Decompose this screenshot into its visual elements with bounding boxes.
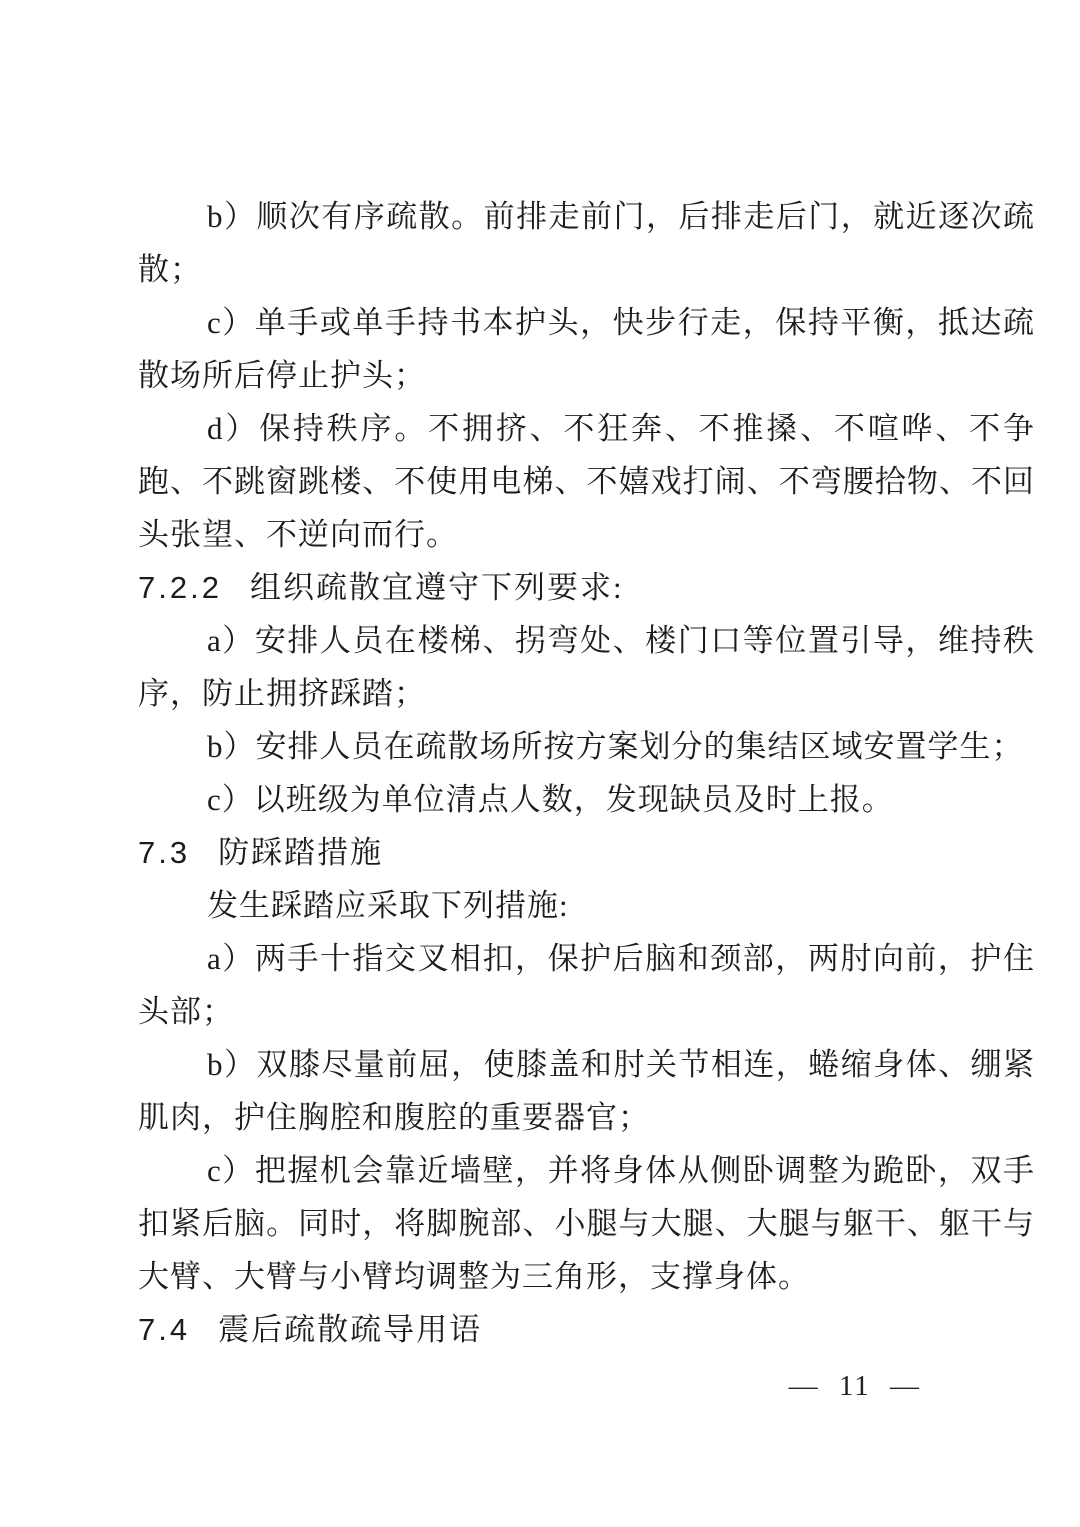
document-page: b）顺次有序疏散。前排走前门，后排走后门，就近逐次疏散； c）单手或单手持书本护… <box>0 0 1080 1527</box>
paragraph: c）以班级为单位清点人数，发现缺员及时上报。 <box>138 773 1035 826</box>
page-number: — 11 — <box>789 1368 921 1404</box>
paragraph: b）双膝尽量前屈，使膝盖和肘关节相连，蜷缩身体、绷紧肌肉，护住胸腔和腹腔的重要器… <box>138 1038 1035 1144</box>
section-title: 组织疏散宜遵守下列要求: <box>250 570 624 605</box>
paragraph: 发生踩踏应采取下列措施: <box>138 879 1035 932</box>
section-number: 7.2.2 <box>138 570 222 605</box>
section-heading: 7.4震后疏散疏导用语 <box>138 1303 1035 1356</box>
section-heading: 7.3防踩踏措施 <box>138 826 1035 879</box>
paragraph: a）两手十指交叉相扣，保护后脑和颈部，两肘向前，护住头部； <box>138 932 1035 1038</box>
section-heading: 7.2.2组织疏散宜遵守下列要求: <box>138 561 1035 614</box>
section-title: 防踩踏措施 <box>218 835 383 870</box>
paragraph: a）安排人员在楼梯、拐弯处、楼门口等位置引导，维持秩序，防止拥挤踩踏； <box>138 614 1035 720</box>
section-number: 7.4 <box>138 1312 190 1347</box>
paragraph: b）安排人员在疏散场所按方案划分的集结区域安置学生； <box>138 720 1035 773</box>
paragraph: b）顺次有序疏散。前排走前门，后排走后门，就近逐次疏散； <box>138 190 1035 296</box>
section-number: 7.3 <box>138 835 190 870</box>
paragraph: d）保持秩序。不拥挤、不狂奔、不推搡、不喧哗、不争跑、不跳窗跳楼、不使用电梯、不… <box>138 402 1035 561</box>
document-body: b）顺次有序疏散。前排走前门，后排走后门，就近逐次疏散； c）单手或单手持书本护… <box>138 190 1035 1356</box>
paragraph: c）把握机会靠近墙壁，并将身体从侧卧调整为跪卧，双手扣紧后脑。同时，将脚腕部、小… <box>138 1144 1035 1303</box>
section-title: 震后疏散疏导用语 <box>218 1312 482 1347</box>
paragraph: c）单手或单手持书本护头，快步行走，保持平衡，抵达疏散场所后停止护头； <box>138 296 1035 402</box>
